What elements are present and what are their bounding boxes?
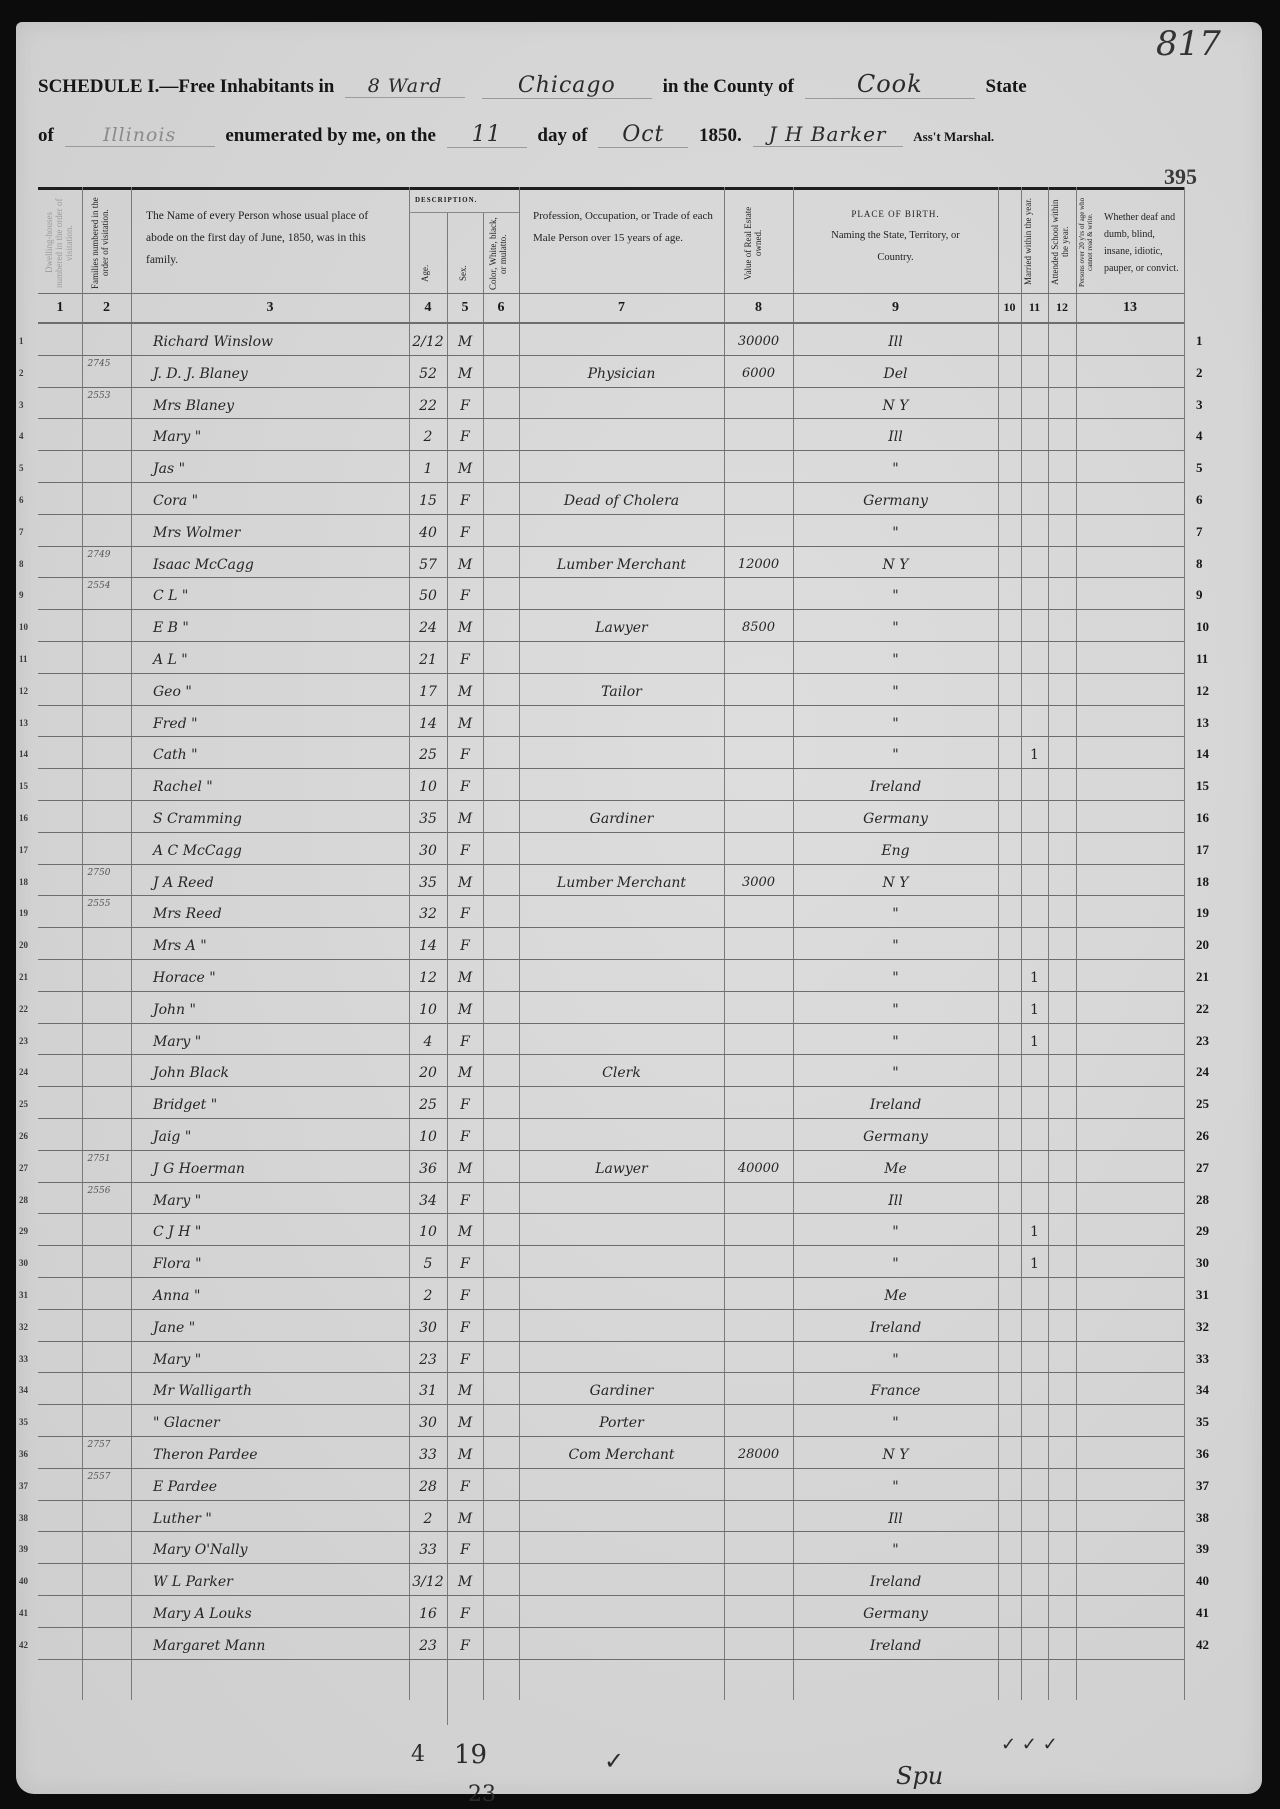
dwelling-number — [68, 610, 130, 642]
attended-school — [1021, 1055, 1048, 1087]
table-row: 22745J. D. J. Blaney52MPhysician6000Del2 — [38, 356, 1184, 388]
person-occupation — [519, 706, 724, 738]
person-name: Mary " — [131, 1024, 409, 1056]
person-age: 12 — [409, 960, 447, 992]
person-name: Horace " — [131, 960, 409, 992]
person-name: Bridget " — [131, 1087, 409, 1119]
line-number-left: 25 — [19, 1087, 35, 1119]
person-sex: M — [447, 674, 483, 706]
dwelling-number: 2557 — [68, 1469, 130, 1501]
person-occupation — [519, 1246, 724, 1278]
colnum-9: 9 — [793, 300, 998, 316]
attended-school — [1021, 1310, 1048, 1342]
real-estate-value: 3000 — [724, 865, 793, 897]
person-sex: M — [447, 1501, 483, 1533]
line-number-left: 36 — [19, 1437, 35, 1469]
dwelling-number — [68, 737, 130, 769]
attended-school — [1021, 833, 1048, 865]
birthplace: Germany — [793, 1596, 998, 1628]
real-estate-value — [724, 1373, 793, 1405]
person-age: 14 — [409, 928, 447, 960]
dwelling-number — [68, 1405, 130, 1437]
dwelling-number — [68, 1342, 130, 1374]
line-number-left: 11 — [19, 642, 35, 674]
person-occupation — [519, 1024, 724, 1056]
real-estate-value — [724, 1469, 793, 1501]
person-occupation: Gardiner — [519, 801, 724, 833]
line-number-left: 21 — [19, 960, 35, 992]
birthplace: Ireland — [793, 1310, 998, 1342]
line-number-left: 31 — [19, 1278, 35, 1310]
col1-header: Dwelling-houses numbered in the order of… — [44, 197, 76, 289]
birthplace: " — [793, 610, 998, 642]
colnum-1: 1 — [38, 300, 82, 316]
birthplace: " — [793, 642, 998, 674]
table-row: 32553Mrs Blaney22FN Y3 — [38, 388, 1184, 420]
real-estate-value — [724, 1278, 793, 1310]
person-sex: F — [447, 388, 483, 420]
person-name: Mrs Reed — [131, 896, 409, 928]
person-occupation — [519, 419, 724, 451]
line-number-left: 42 — [19, 1628, 35, 1660]
person-occupation — [519, 960, 724, 992]
person-sex: M — [447, 865, 483, 897]
birthplace: Ill — [793, 419, 998, 451]
person-occupation — [519, 1278, 724, 1310]
real-estate-value — [724, 451, 793, 483]
dwelling-number: 2751 — [68, 1151, 130, 1183]
table-row: 20Mrs A "14F"20 — [38, 928, 1184, 960]
line-number-right: 11 — [1196, 642, 1226, 674]
person-sex: F — [447, 1024, 483, 1056]
attended-school — [1021, 1501, 1048, 1533]
table-row: 38Luther "2MIll38 — [38, 1501, 1184, 1533]
real-estate-value — [724, 1246, 793, 1278]
line-number-left: 34 — [19, 1373, 35, 1405]
person-sex: F — [447, 896, 483, 928]
line-number-left: 7 — [19, 515, 35, 547]
marshal-label: Ass't Marshal. — [913, 129, 994, 144]
birthplace: " — [793, 515, 998, 547]
table-row: 31Anna "2FMe31 — [38, 1278, 1184, 1310]
real-estate-value — [724, 515, 793, 547]
person-name: W L Parker — [131, 1564, 409, 1596]
dwelling-number — [68, 1373, 130, 1405]
dwelling-number — [68, 1564, 130, 1596]
person-name: Mrs Wolmer — [131, 515, 409, 547]
person-occupation — [519, 928, 724, 960]
person-occupation — [519, 1183, 724, 1215]
line-number-right: 28 — [1196, 1183, 1226, 1215]
table-row: 13Fred "14M"13 — [38, 706, 1184, 738]
real-estate-value — [724, 1532, 793, 1564]
person-sex: F — [447, 1183, 483, 1215]
real-estate-value — [724, 388, 793, 420]
person-occupation — [519, 1628, 724, 1660]
line-number-left: 2 — [19, 356, 35, 388]
person-sex: F — [447, 1310, 483, 1342]
person-sex: M — [447, 706, 483, 738]
table-row: 16S Cramming35MGardinerGermany16 — [38, 801, 1184, 833]
person-occupation — [519, 578, 724, 610]
birthplace: " — [793, 1405, 998, 1437]
person-occupation: Com Merchant — [519, 1437, 724, 1469]
line-number-right: 34 — [1196, 1373, 1226, 1405]
person-occupation — [519, 1310, 724, 1342]
line-number-left: 20 — [19, 928, 35, 960]
colnum-13: 13 — [1076, 300, 1184, 316]
line-number-left: 9 — [19, 578, 35, 610]
birthplace: " — [793, 928, 998, 960]
table-row: 5Jas "1M"5 — [38, 451, 1184, 483]
person-age: 31 — [409, 1373, 447, 1405]
real-estate-value — [724, 1405, 793, 1437]
birthplace: Ill — [793, 324, 998, 356]
person-name: Mrs A " — [131, 928, 409, 960]
line-number-left: 32 — [19, 1310, 35, 1342]
person-occupation — [519, 1596, 724, 1628]
line-number-left: 6 — [19, 483, 35, 515]
person-occupation — [519, 1564, 724, 1596]
person-age: 33 — [409, 1437, 447, 1469]
line-number-right: 7 — [1196, 515, 1226, 547]
line-number-left: 19 — [19, 896, 35, 928]
line-number-left: 17 — [19, 833, 35, 865]
table-row: 33Mary "23F"33 — [38, 1342, 1184, 1374]
table-row: 4Mary "2FIll4 — [38, 419, 1184, 451]
person-age: 10 — [409, 1119, 447, 1151]
line-number-left: 41 — [19, 1596, 35, 1628]
person-age: 34 — [409, 1183, 447, 1215]
person-sex: M — [447, 992, 483, 1024]
dwelling-number — [68, 1532, 130, 1564]
birthplace: " — [793, 992, 998, 1024]
birthplace: N Y — [793, 388, 998, 420]
person-occupation: Lumber Merchant — [519, 865, 724, 897]
table-row: 15Rachel "10FIreland15 — [38, 769, 1184, 801]
person-sex: M — [447, 610, 483, 642]
line-number-right: 29 — [1196, 1214, 1226, 1246]
person-occupation — [519, 642, 724, 674]
person-name: Margaret Mann — [131, 1628, 409, 1660]
dwelling-number — [68, 1501, 130, 1533]
attended-school — [1021, 1405, 1048, 1437]
person-occupation — [519, 324, 724, 356]
real-estate-value — [724, 769, 793, 801]
dwelling-number: 2757 — [68, 1437, 130, 1469]
real-estate-value — [724, 642, 793, 674]
birthplace: " — [793, 1024, 998, 1056]
person-occupation — [519, 1214, 724, 1246]
dwelling-number — [68, 1214, 130, 1246]
attended-school — [1021, 769, 1048, 801]
birthplace: " — [793, 578, 998, 610]
dwelling-number: 2553 — [68, 388, 130, 420]
birthplace: Ireland — [793, 1564, 998, 1596]
table-row: 17A C McCagg30FEng17 — [38, 833, 1184, 865]
person-sex: F — [447, 1087, 483, 1119]
line-number-right: 30 — [1196, 1246, 1226, 1278]
person-sex: M — [447, 356, 483, 388]
dwelling-number: 2745 — [68, 356, 130, 388]
line-number-right: 8 — [1196, 547, 1226, 579]
birthplace: N Y — [793, 547, 998, 579]
line-number-left: 33 — [19, 1342, 35, 1374]
in-county-label: in the County of — [663, 76, 794, 97]
attended-school — [1021, 578, 1048, 610]
person-age: 1 — [409, 451, 447, 483]
person-name: S Cramming — [131, 801, 409, 833]
real-estate-value — [724, 1183, 793, 1215]
person-sex: M — [447, 1564, 483, 1596]
attended-school — [1021, 896, 1048, 928]
line-number-left: 10 — [19, 610, 35, 642]
person-name: E Pardee — [131, 1469, 409, 1501]
person-age: 24 — [409, 610, 447, 642]
table-row: 82749Isaac McCagg57MLumber Merchant12000… — [38, 547, 1184, 579]
table-row: 40W L Parker3/12MIreland40 — [38, 1564, 1184, 1596]
attended-school: 1 — [1021, 737, 1048, 769]
attended-school — [1021, 1373, 1048, 1405]
line-number-left: 27 — [19, 1151, 35, 1183]
person-age: 2/12 — [409, 324, 447, 356]
dwelling-number — [68, 833, 130, 865]
real-estate-value — [724, 1214, 793, 1246]
person-age: 10 — [409, 992, 447, 1024]
dwelling-number — [68, 1278, 130, 1310]
dwelling-number — [68, 801, 130, 833]
line-number-right: 10 — [1196, 610, 1226, 642]
table-row: 282556Mary "34FIll28 — [38, 1183, 1184, 1215]
table-row: 7Mrs Wolmer40F"7 — [38, 515, 1184, 547]
dwelling-number — [68, 483, 130, 515]
table-row: 362757Theron Pardee33MCom Merchant28000N… — [38, 1437, 1184, 1469]
check-marks: ✓ ✓ ✓ — [1001, 1734, 1058, 1755]
person-name: J A Reed — [131, 865, 409, 897]
person-age: 33 — [409, 1532, 447, 1564]
line-number-right: 42 — [1196, 1628, 1226, 1660]
person-occupation: Tailor — [519, 674, 724, 706]
colnum-12: 12 — [1048, 300, 1076, 315]
table-row: 26Jaig "10FGermany26 — [38, 1119, 1184, 1151]
month-field: Oct — [598, 122, 688, 148]
line-number-right: 3 — [1196, 388, 1226, 420]
day-field: 11 — [447, 122, 527, 148]
real-estate-value — [724, 1628, 793, 1660]
line-number-right: 12 — [1196, 674, 1226, 706]
person-name: A L " — [131, 642, 409, 674]
person-sex: F — [447, 833, 483, 865]
table-row: 182750J A Reed35MLumber Merchant3000N Y1… — [38, 865, 1184, 897]
person-name: John Black — [131, 1055, 409, 1087]
person-name: Mary A Louks — [131, 1596, 409, 1628]
attended-school — [1021, 1278, 1048, 1310]
check-mark: ✓ — [604, 1747, 624, 1775]
line-number-right: 32 — [1196, 1310, 1226, 1342]
line-number-right: 5 — [1196, 451, 1226, 483]
attended-school: 1 — [1021, 1214, 1048, 1246]
person-sex: M — [447, 1055, 483, 1087]
birthplace: Ireland — [793, 769, 998, 801]
person-occupation — [519, 1087, 724, 1119]
birthplace: " — [793, 896, 998, 928]
line-number-right: 31 — [1196, 1278, 1226, 1310]
birthplace: N Y — [793, 1437, 998, 1469]
birthplace: Ill — [793, 1183, 998, 1215]
attended-school — [1021, 642, 1048, 674]
person-age: 10 — [409, 1214, 447, 1246]
person-occupation — [519, 1532, 724, 1564]
description-rule — [409, 212, 519, 213]
person-sex: M — [447, 547, 483, 579]
person-sex: M — [447, 1373, 483, 1405]
person-occupation: Lawyer — [519, 610, 724, 642]
tally-total-2: 23 — [468, 1782, 496, 1807]
dwelling-number — [68, 769, 130, 801]
birthplace: Ill — [793, 1501, 998, 1533]
enumerated-label: enumerated by me, on the — [225, 125, 436, 146]
dwelling-number: 2554 — [68, 578, 130, 610]
line-number-left: 14 — [19, 737, 35, 769]
real-estate-value: 28000 — [724, 1437, 793, 1469]
line-number-left: 8 — [19, 547, 35, 579]
attended-school — [1021, 1532, 1048, 1564]
city-field: Chicago — [482, 73, 652, 99]
person-age: 25 — [409, 1087, 447, 1119]
birthplace: Germany — [793, 1119, 998, 1151]
col-divider — [1184, 187, 1185, 1700]
attended-school: 1 — [1021, 960, 1048, 992]
birthplace: " — [793, 706, 998, 738]
person-sex: F — [447, 1119, 483, 1151]
person-sex: F — [447, 1342, 483, 1374]
attended-school — [1021, 547, 1048, 579]
col9-title: PLACE OF BIRTH. — [798, 205, 993, 224]
birthplace: " — [793, 737, 998, 769]
person-sex: F — [447, 1596, 483, 1628]
row-rule — [38, 1659, 1184, 1660]
line-number-right: 35 — [1196, 1405, 1226, 1437]
attended-school — [1021, 1564, 1048, 1596]
dwelling-number — [68, 960, 130, 992]
attended-school — [1021, 451, 1048, 483]
real-estate-value: 30000 — [724, 324, 793, 356]
real-estate-value — [724, 833, 793, 865]
table-row: 12Geo "17MTailor"12 — [38, 674, 1184, 706]
attended-school — [1021, 1469, 1048, 1501]
person-occupation — [519, 1501, 724, 1533]
birthplace: " — [793, 1469, 998, 1501]
table-row: 30Flora "5F"130 — [38, 1246, 1184, 1278]
birthplace: Del — [793, 356, 998, 388]
person-age: 30 — [409, 833, 447, 865]
person-occupation — [519, 388, 724, 420]
person-age: 23 — [409, 1342, 447, 1374]
line-number-right: 25 — [1196, 1087, 1226, 1119]
colnum-3: 3 — [131, 300, 409, 316]
person-sex: M — [447, 1437, 483, 1469]
page-number-handwritten: 817 — [1156, 24, 1221, 64]
line-number-right: 24 — [1196, 1055, 1226, 1087]
person-sex: F — [447, 515, 483, 547]
person-sex: M — [447, 451, 483, 483]
line-number-right: 27 — [1196, 1151, 1226, 1183]
attended-school — [1021, 1119, 1048, 1151]
person-sex: F — [447, 483, 483, 515]
person-age: 4 — [409, 1024, 447, 1056]
real-estate-value — [724, 1024, 793, 1056]
table-row: 192555Mrs Reed32F"19 — [38, 896, 1184, 928]
dwelling-number — [68, 706, 130, 738]
line-number-right: 6 — [1196, 483, 1226, 515]
birthplace: France — [793, 1373, 998, 1405]
dwelling-number — [68, 1596, 130, 1628]
attended-school — [1021, 483, 1048, 515]
dwelling-number — [68, 419, 130, 451]
attended-school — [1021, 515, 1048, 547]
person-age: 32 — [409, 896, 447, 928]
person-name: C L " — [131, 578, 409, 610]
person-sex: M — [447, 1151, 483, 1183]
attended-school — [1021, 1596, 1048, 1628]
col11-header: Attended School within the year. — [1050, 193, 1074, 291]
person-name: " Glacner — [131, 1405, 409, 1437]
table-row: 22John "10M"122 — [38, 992, 1184, 1024]
person-name: Cath " — [131, 737, 409, 769]
table-row: 25Bridget "25FIreland25 — [38, 1087, 1184, 1119]
table-row: 1Richard Winslow2/12M30000Ill1 — [38, 324, 1184, 356]
person-age: 14 — [409, 706, 447, 738]
dwelling-number — [68, 642, 130, 674]
colnum-7: 7 — [519, 300, 724, 316]
line-number-left: 13 — [19, 706, 35, 738]
table-row: 32Jane "30FIreland32 — [38, 1310, 1184, 1342]
person-occupation: Clerk — [519, 1055, 724, 1087]
col6-header: Color, White, black, or mulatto. — [488, 217, 516, 291]
tally-total-1: 19 — [454, 1740, 487, 1770]
ward-field: 8 Ward — [345, 75, 465, 98]
person-sex: F — [447, 419, 483, 451]
real-estate-value — [724, 1596, 793, 1628]
line-number-right: 20 — [1196, 928, 1226, 960]
person-occupation: Physician — [519, 356, 724, 388]
col4-header: Age. — [420, 257, 434, 289]
attended-school — [1021, 388, 1048, 420]
real-estate-value — [724, 928, 793, 960]
col10-header: Married within the year. — [1023, 193, 1043, 291]
attended-school — [1021, 1151, 1048, 1183]
col3-header: The Name of every Person whose usual pla… — [146, 205, 396, 271]
person-name: J G Hoerman — [131, 1151, 409, 1183]
person-sex: F — [447, 737, 483, 769]
person-age: 50 — [409, 578, 447, 610]
real-estate-value — [724, 1310, 793, 1342]
attended-school — [1021, 356, 1048, 388]
colnum-2: 2 — [82, 300, 131, 316]
line-number-right: 2 — [1196, 356, 1226, 388]
attended-school — [1021, 674, 1048, 706]
line-number-left: 5 — [19, 451, 35, 483]
person-age: 10 — [409, 769, 447, 801]
dwelling-number — [68, 515, 130, 547]
person-sex: F — [447, 1469, 483, 1501]
table-row: 34Mr Walligarth31MGardinerFrance34 — [38, 1373, 1184, 1405]
line-number-right: 13 — [1196, 706, 1226, 738]
census-page: 817 SCHEDULE I.—Free Inhabitants in 8 Wa… — [16, 22, 1262, 1794]
line-number-left: 28 — [19, 1183, 35, 1215]
person-name: Mary " — [131, 1183, 409, 1215]
person-occupation — [519, 896, 724, 928]
